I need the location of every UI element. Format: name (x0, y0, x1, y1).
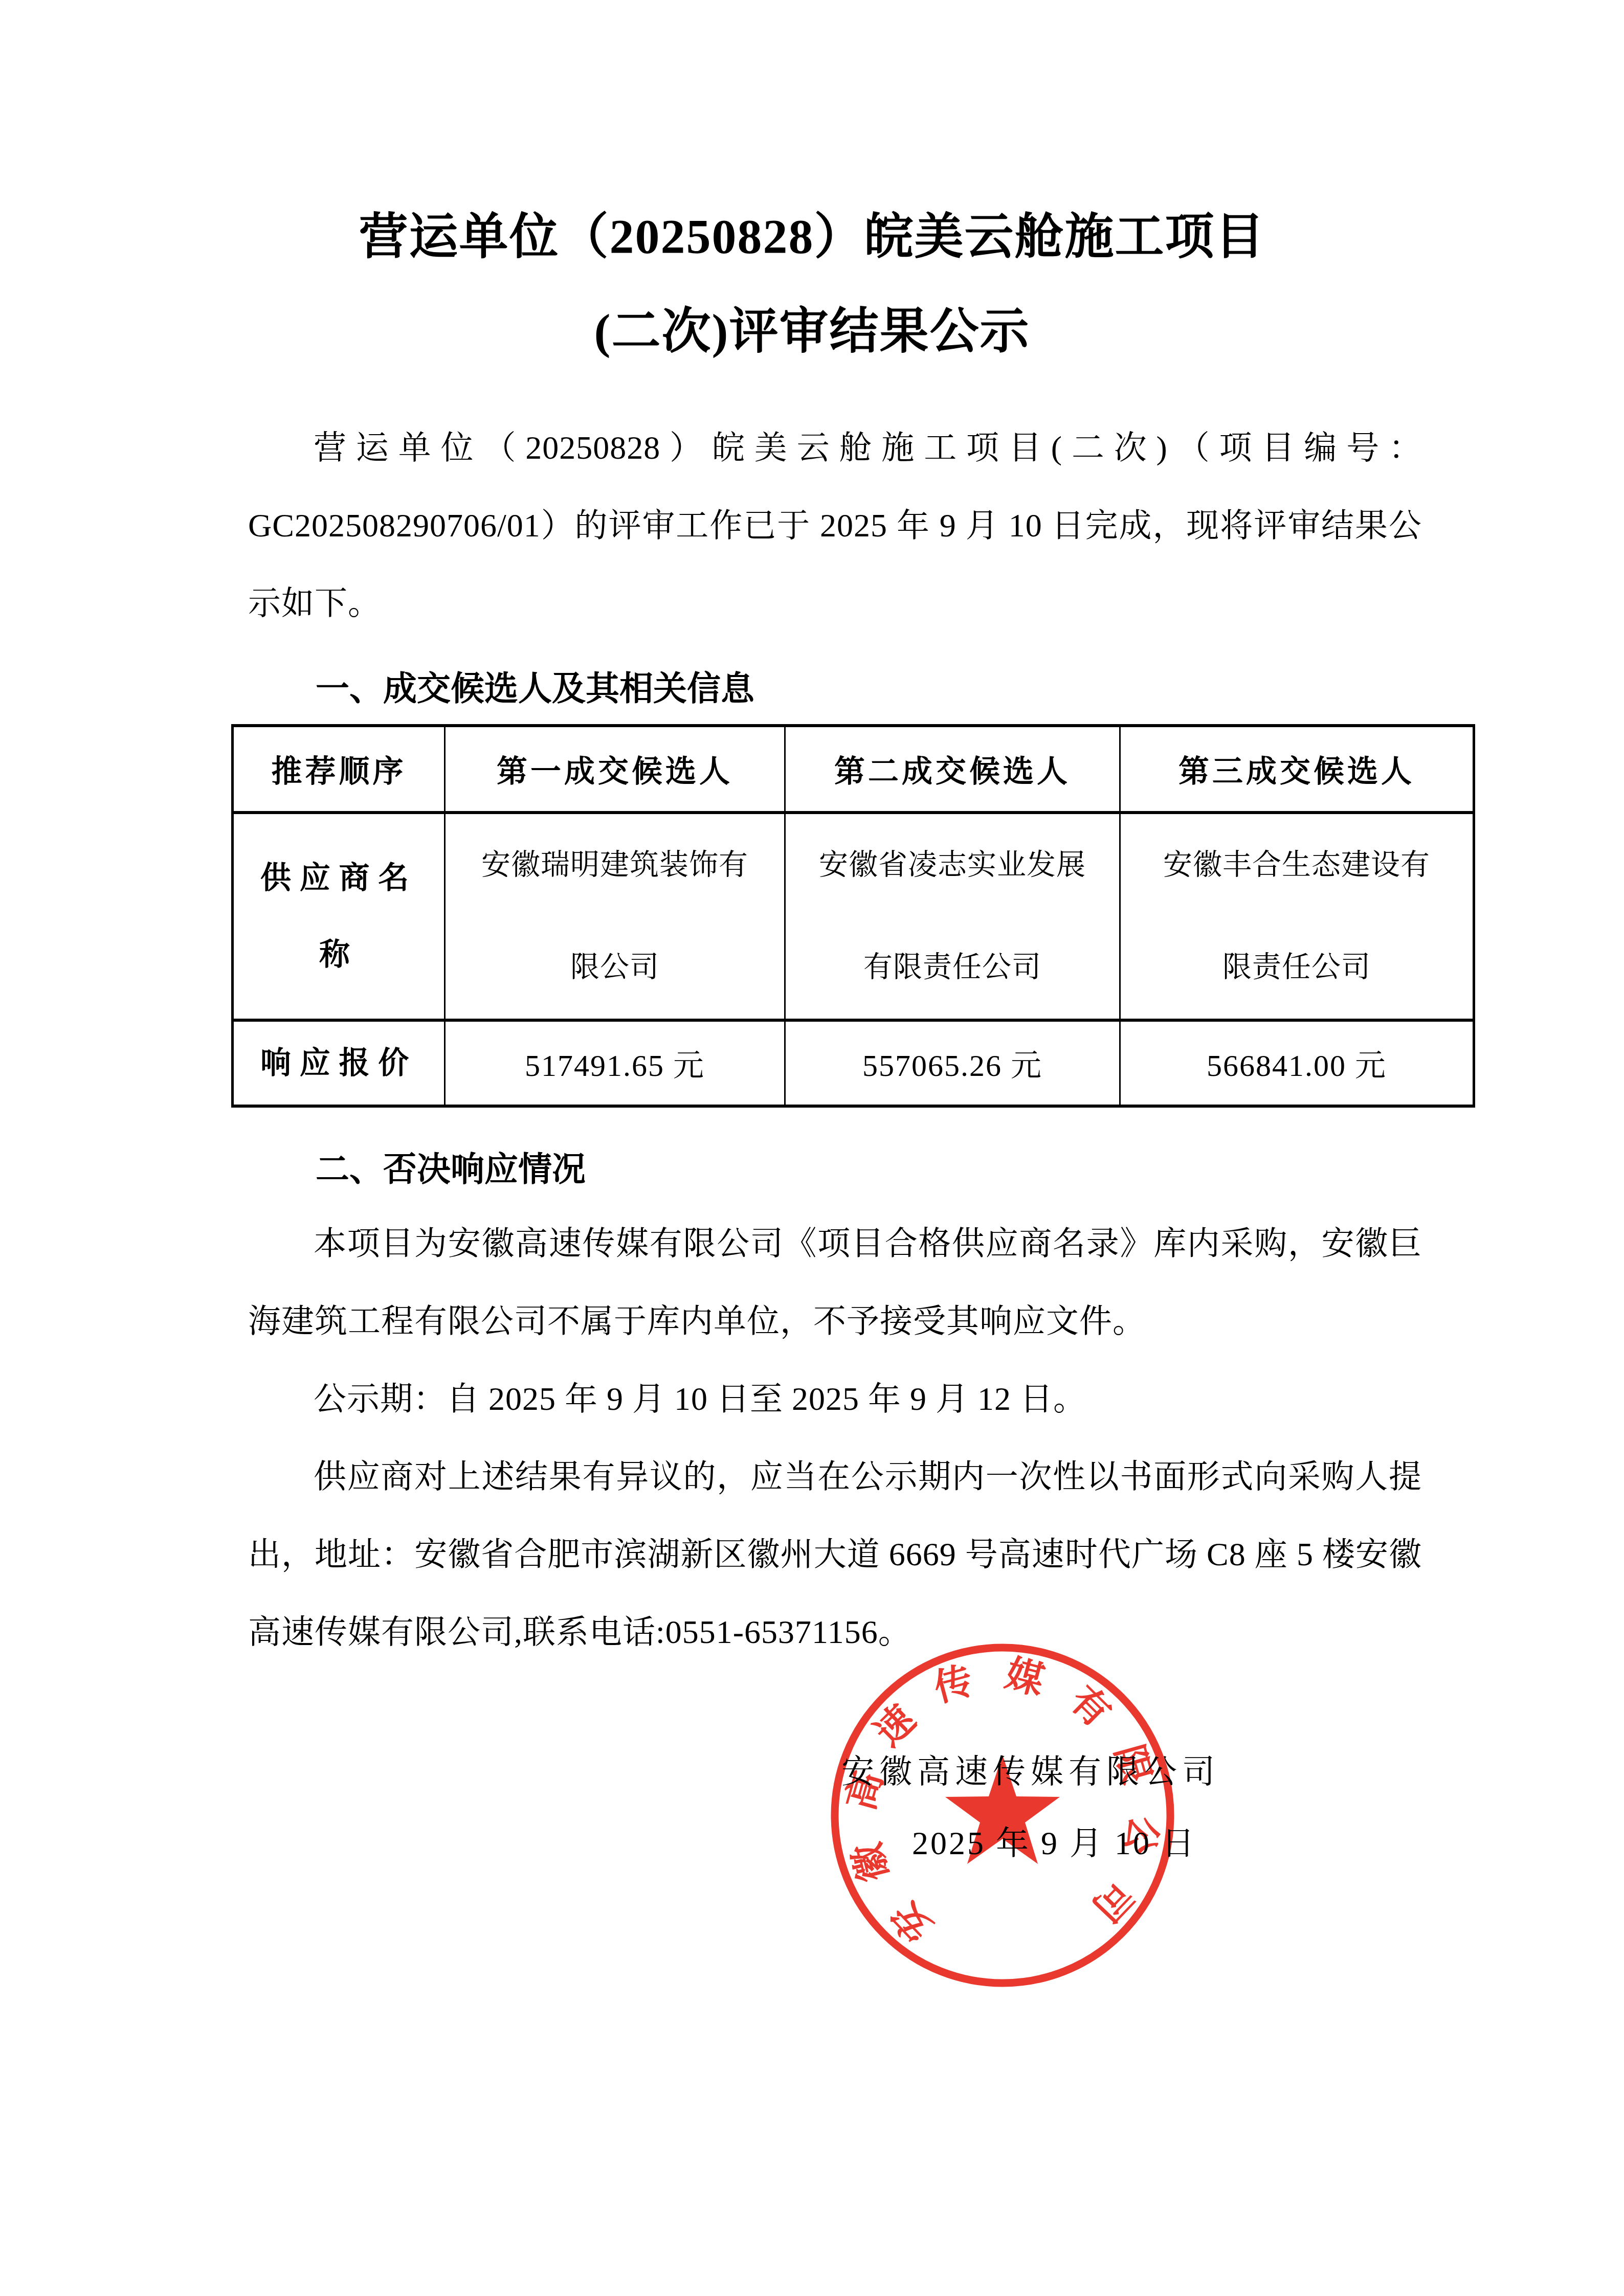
page-title-line-2: (二次)评审结果公示 (594, 304, 1030, 358)
company-seal-stamp: 安徽高速传媒有限公司 (826, 1639, 1179, 1992)
price-cell-3: 566841.00 元 (1120, 1020, 1474, 1106)
column-header-rank: 推荐顺序 (233, 726, 445, 813)
row-label-price: 响应报价 (233, 1020, 445, 1106)
column-header-candidate-3: 第三成交候选人 (1120, 726, 1474, 813)
row-label-supplier-name: 供应商名 称 (233, 813, 445, 1020)
document-page: { "page": { "title_line1": "营运单位（2025082… (0, 0, 1624, 2296)
publicity-period-text: 公示期：自 2025 年 9 月 10 日至 2025 年 9 月 12 日。 (248, 1360, 1422, 1438)
rejection-paragraph: 本项目为安徽高速传媒有限公司《项目合格供应商名录》库内采购，安徽巨海建筑工程有限… (248, 1205, 1422, 1360)
table-header-row: 推荐顺序 第一成交候选人 第二成交候选人 第三成交候选人 (233, 726, 1474, 813)
supplier-name-cell-3: 安徽丰合生态建设有 限责任公司 (1120, 813, 1474, 1020)
document-body: 营运单位（20250828）皖美云舱施工项目(二次)（项目编号：GC202508… (248, 409, 1422, 1671)
price-row: 响应报价 517491.65 元 557065.26 元 566841.00 元 (233, 1020, 1474, 1106)
section-1-heading: 一、成交候选人及其相关信息 (248, 652, 1422, 724)
seal-star-icon (945, 1755, 1060, 1864)
intro-paragraph: 营运单位（20250828）皖美云舱施工项目(二次)（项目编号：GC202508… (248, 409, 1422, 642)
section-2-heading: 二、否决响应情况 (248, 1133, 1422, 1205)
column-header-candidate-1: 第一成交候选人 (445, 726, 785, 813)
supplier-name-cell-2: 安徽省凌志实业发展 有限责任公司 (785, 813, 1120, 1020)
page-title: 营运单位（20250828）皖美云舱施工项目 (二次)评审结果公示 (147, 189, 1477, 378)
price-cell-1: 517491.65 元 (445, 1020, 785, 1106)
candidates-table: 推荐顺序 第一成交候选人 第二成交候选人 第三成交候选人 供应商名 称 安徽瑞明… (231, 724, 1475, 1108)
supplier-name-cell-1: 安徽瑞明建筑装饰有 限公司 (445, 813, 785, 1020)
supplier-name-row: 供应商名 称 安徽瑞明建筑装饰有 限公司 安徽省凌志实业发展 有限责任公司 安徽… (233, 813, 1474, 1020)
column-header-candidate-2: 第二成交候选人 (785, 726, 1120, 813)
page-title-line-1: 营运单位（20250828）皖美云舱施工项目 (359, 209, 1265, 264)
objection-paragraph: 供应商对上述结果有异议的，应当在公示期内一次性以书面形式向采购人提出，地址：安徽… (248, 1438, 1422, 1671)
price-cell-2: 557065.26 元 (785, 1020, 1120, 1106)
